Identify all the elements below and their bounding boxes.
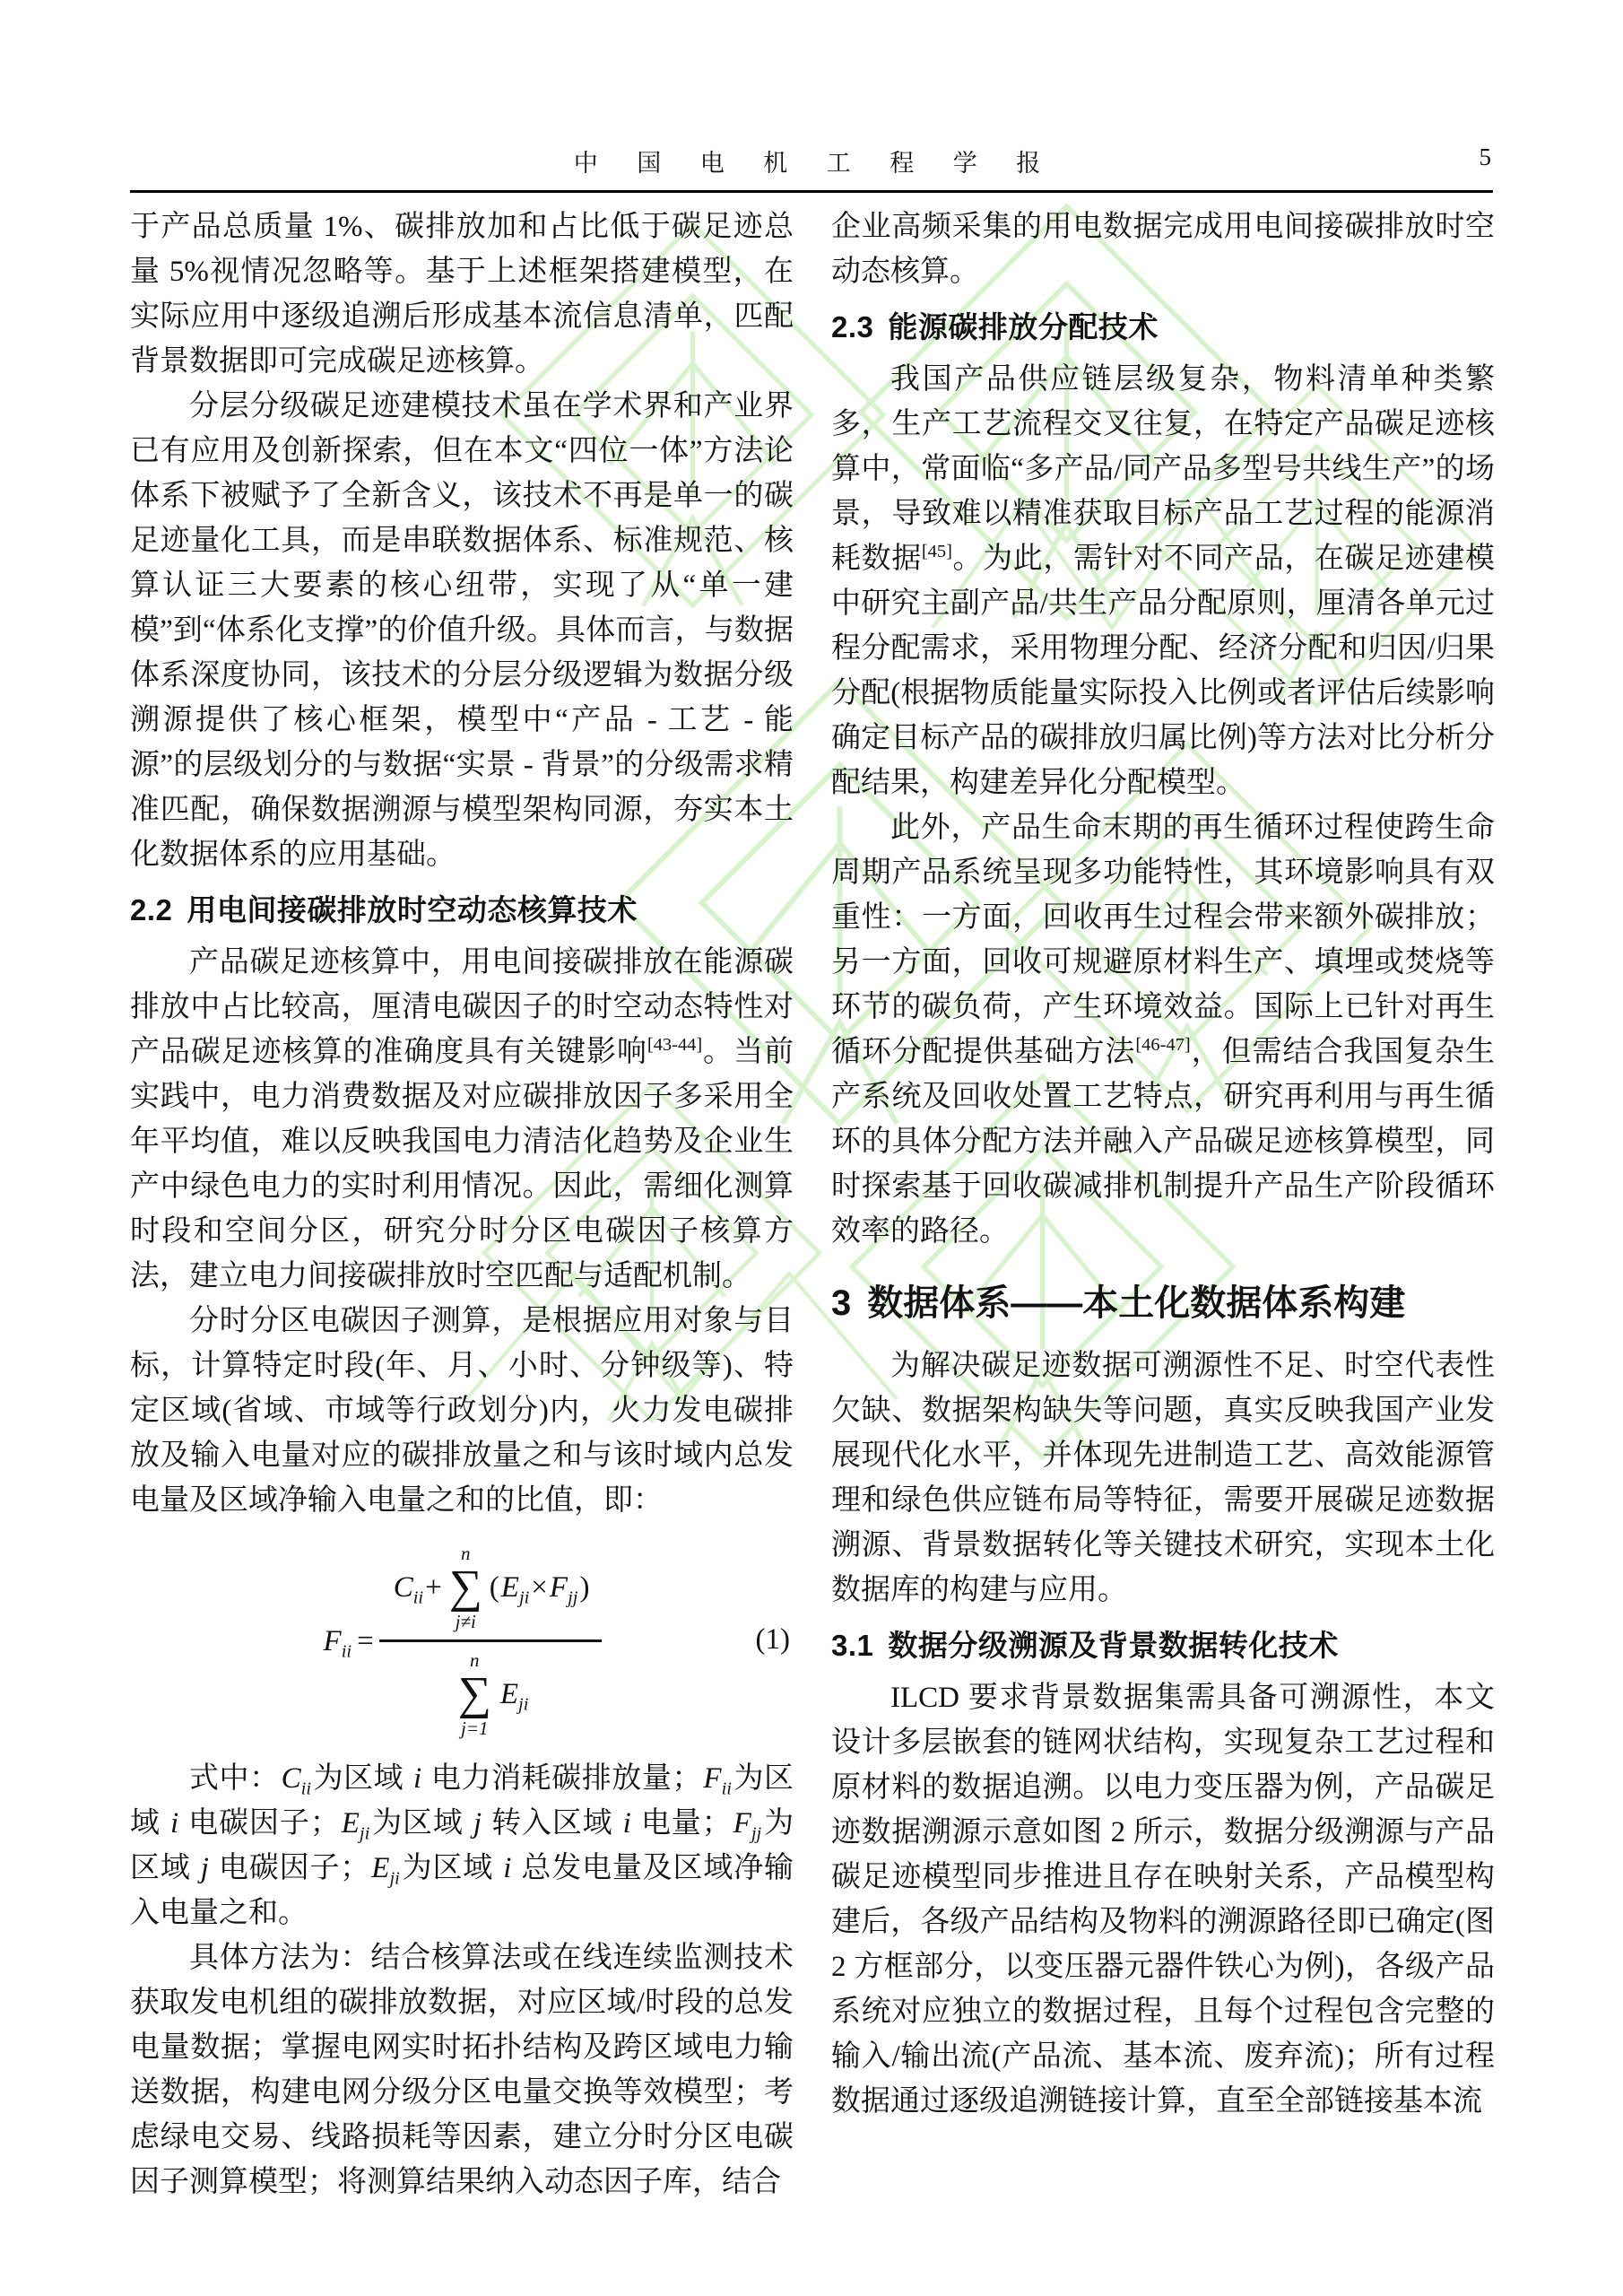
paragraph: 此外，产品生命末期的再生循环过程使跨生命周期产品系统呈现多功能特性，其环境影响具… bbox=[831, 805, 1495, 1254]
section-number: 2.2 bbox=[130, 893, 172, 926]
sigma-symbol: ∑ bbox=[449, 1564, 482, 1611]
paragraph: 为解决碳足迹数据可溯源性不足、时空代表性欠缺、数据架构缺失等问题，真实反映我国产… bbox=[831, 1344, 1495, 1613]
math-var: Fjj bbox=[732, 1807, 764, 1839]
text-segment: 为区域 bbox=[313, 1762, 412, 1795]
paragraph: 产品碳足迹核算中，用电间接碳排放在能源碳排放中占比较高，厘清电碳因子的时空动态特… bbox=[130, 940, 794, 1299]
text-segment: 分时分区电碳因子测算，是根据应用对象与目标，计算特定时段(年、月、小时、分钟级等… bbox=[130, 1305, 794, 1517]
text-segment: ( bbox=[490, 1565, 499, 1610]
text-segment: 。为此，需针对不同产品，在碳足迹建模中研究主副产品/共生产品分配原则，厘清各单元… bbox=[831, 543, 1495, 799]
text-segment: 分层分级碳足迹建模技术虽在学术界和产业界已有应用及创新探索，但在本文“四位一体”… bbox=[130, 390, 794, 871]
paragraph: 具体方法为：结合核算法或在线连续监测技术获取发电机组的碳排放数据，对应区域/时段… bbox=[130, 1935, 794, 2205]
text-segment: 企业高频采集的用电数据完成用电间接碳排放时空动态核算。 bbox=[831, 211, 1495, 288]
page-number: 5 bbox=[1480, 143, 1492, 171]
math-var: i bbox=[169, 1807, 180, 1839]
math-subscript: jj bbox=[568, 1588, 577, 1608]
text-segment: 电量； bbox=[633, 1807, 732, 1839]
section-title: 能源碳排放分配技术 bbox=[888, 310, 1159, 344]
section-heading: 2.3能源碳排放分配技术 bbox=[831, 305, 1495, 350]
section-number: 3 bbox=[831, 1283, 851, 1323]
sum-lower-limit: j≠i bbox=[456, 1611, 476, 1632]
reference-superscript: [46-47] bbox=[1135, 1035, 1190, 1055]
paper-page: 中 国 电 机 工 程 学 报 5 于产品总质量 1%、碳排放加和占比低于碳足迹… bbox=[0, 0, 1623, 2296]
paragraph: 我国产品供应链层级复杂，物料清单种类繁多，生产工艺流程交叉往复，在特定产品碳足迹… bbox=[831, 357, 1495, 805]
sum-operator: n∑j=1 bbox=[458, 1649, 491, 1739]
section-heading: 3.1数据分级溯源及背景数据转化技术 bbox=[831, 1623, 1495, 1668]
paragraph: 分时分区电碳因子测算，是根据应用对象与目标，计算特定时段(年、月、小时、分钟级等… bbox=[130, 1299, 794, 1523]
math-var: Fii bbox=[322, 1619, 354, 1664]
math-var: i bbox=[412, 1762, 423, 1795]
paragraph: 分层分级碳足迹建模技术虽在学术界和产业界已有应用及创新探索，但在本文“四位一体”… bbox=[130, 384, 794, 877]
text-segment: 。当前实践中，电力消费数据及对应碳排放因子多采用全年平均值，难以反映我国电力清洁… bbox=[130, 1036, 794, 1292]
section-title: 数据分级溯源及背景数据转化技术 bbox=[888, 1629, 1339, 1662]
fraction: Cii + n∑j≠i(Eji × Fjj)n∑j=1Eji bbox=[379, 1543, 603, 1740]
paragraph: 企业高频采集的用电数据完成用电间接碳排放时空动态核算。 bbox=[831, 204, 1495, 294]
math-subscript: ii bbox=[413, 1588, 423, 1608]
section-title: 数据体系——本土化数据体系构建 bbox=[867, 1283, 1405, 1323]
equation: Fii=Cii + n∑j≠i(Eji × Fjj)n∑j=1Eji(1) bbox=[130, 1523, 794, 1756]
math-var: Cii bbox=[280, 1762, 313, 1795]
math-var: i bbox=[621, 1807, 633, 1839]
math-subscript: ii bbox=[301, 1779, 311, 1798]
math-var: Eji bbox=[369, 1852, 402, 1884]
reference-superscript: [45] bbox=[922, 542, 952, 561]
math-subscript: ji bbox=[519, 1588, 529, 1608]
text-segment: 为区域 bbox=[402, 1852, 501, 1884]
equation-number: (1) bbox=[756, 1617, 790, 1662]
section-heading: 2.2用电间接碳排放时空动态核算技术 bbox=[130, 888, 794, 933]
numerator: Cii + n∑j≠i(Eji × Fjj) bbox=[379, 1543, 603, 1639]
text-segment: 此外，产品生命末期的再生循环过程使跨生命周期产品系统呈现多功能特性，其环境影响具… bbox=[831, 812, 1495, 1068]
math-subscript: ji bbox=[389, 1868, 399, 1888]
math-var: Fii bbox=[701, 1762, 733, 1795]
math-var: Eji bbox=[499, 1672, 531, 1717]
math-subscript: ii bbox=[722, 1779, 732, 1798]
section-title: 用电间接碳排放时空动态核算技术 bbox=[187, 893, 638, 926]
math-var: Cii bbox=[392, 1565, 425, 1610]
header-rule bbox=[130, 190, 1493, 193]
math-subscript: ji bbox=[518, 1695, 528, 1715]
text-segment: ) bbox=[579, 1565, 589, 1610]
denominator: n∑j=1Eji bbox=[379, 1639, 603, 1739]
right-column: 企业高频采集的用电数据完成用电间接碳排放时空动态核算。2.3能源碳排放分配技术我… bbox=[831, 204, 1495, 2124]
text-segment: + bbox=[425, 1565, 442, 1610]
section-number: 3.1 bbox=[831, 1629, 873, 1662]
section-number: 2.3 bbox=[831, 310, 873, 344]
left-column: 于产品总质量 1%、碳排放加和占比低于碳足迹总量 5%视情况忽略等。基于上述框架… bbox=[130, 204, 794, 2205]
text-segment: 电碳因子； bbox=[211, 1852, 369, 1884]
paragraph: 于产品总质量 1%、碳排放加和占比低于碳足迹总量 5%视情况忽略等。基于上述框架… bbox=[130, 204, 794, 384]
page-header: 中 国 电 机 工 程 学 报 5 bbox=[130, 143, 1493, 183]
math-subscript: ji bbox=[360, 1823, 369, 1843]
equation-body: Fii=Cii + n∑j≠i(Eji × Fjj)n∑j=1Eji bbox=[322, 1543, 603, 1740]
math-var: j bbox=[472, 1807, 483, 1839]
math-var: Eji bbox=[340, 1807, 372, 1839]
math-subscript: jj bbox=[751, 1823, 761, 1843]
paragraph: 式中：Cii为区域 i 电力消耗碳排放量；Fii为区域 i 电碳因子；Eji为区… bbox=[130, 1756, 794, 1935]
text-segment: 电力消耗碳排放量； bbox=[423, 1762, 701, 1795]
math-var: Fjj bbox=[548, 1565, 580, 1610]
math-var: j bbox=[199, 1852, 211, 1884]
section-heading: 3数据体系——本土化数据体系构建 bbox=[831, 1279, 1495, 1327]
text-segment: 为解决碳足迹数据可溯源性不足、时空代表性欠缺、数据架构缺失等问题，真实反映我国产… bbox=[831, 1350, 1495, 1606]
text-segment: 为区域 bbox=[371, 1807, 472, 1839]
equation-lhs: Fii= bbox=[322, 1619, 378, 1664]
journal-title: 中 国 电 机 工 程 学 报 bbox=[130, 143, 1493, 178]
reference-superscript: [43-44] bbox=[647, 1035, 702, 1055]
sum-lower-limit: j=1 bbox=[461, 1718, 489, 1739]
text-segment: ILCD 要求背景数据集需具备可溯源性，本文设计多层嵌套的链网状结构，实现复杂工… bbox=[831, 1682, 1495, 2118]
text-segment: 转入区域 bbox=[483, 1807, 621, 1839]
text-segment: 于产品总质量 1%、碳排放加和占比低于碳足迹总量 5%视情况忽略等。基于上述框架… bbox=[130, 211, 794, 378]
equals-sign: = bbox=[357, 1619, 374, 1664]
sum-operator: n∑j≠i bbox=[449, 1543, 482, 1632]
sigma-symbol: ∑ bbox=[458, 1671, 491, 1718]
text-segment: 电碳因子； bbox=[180, 1807, 340, 1839]
text-segment: × bbox=[531, 1565, 548, 1610]
math-subscript: ii bbox=[342, 1641, 352, 1661]
text-segment: 具体方法为：结合核算法或在线连续监测技术获取发电机组的碳排放数据，对应区域/时段… bbox=[130, 1942, 794, 2198]
paragraph: ILCD 要求背景数据集需具备可溯源性，本文设计多层嵌套的链网状结构，实现复杂工… bbox=[831, 1675, 1495, 2124]
text-segment: 式中： bbox=[189, 1762, 280, 1795]
math-var: i bbox=[501, 1852, 513, 1884]
math-var: Eji bbox=[499, 1565, 532, 1610]
